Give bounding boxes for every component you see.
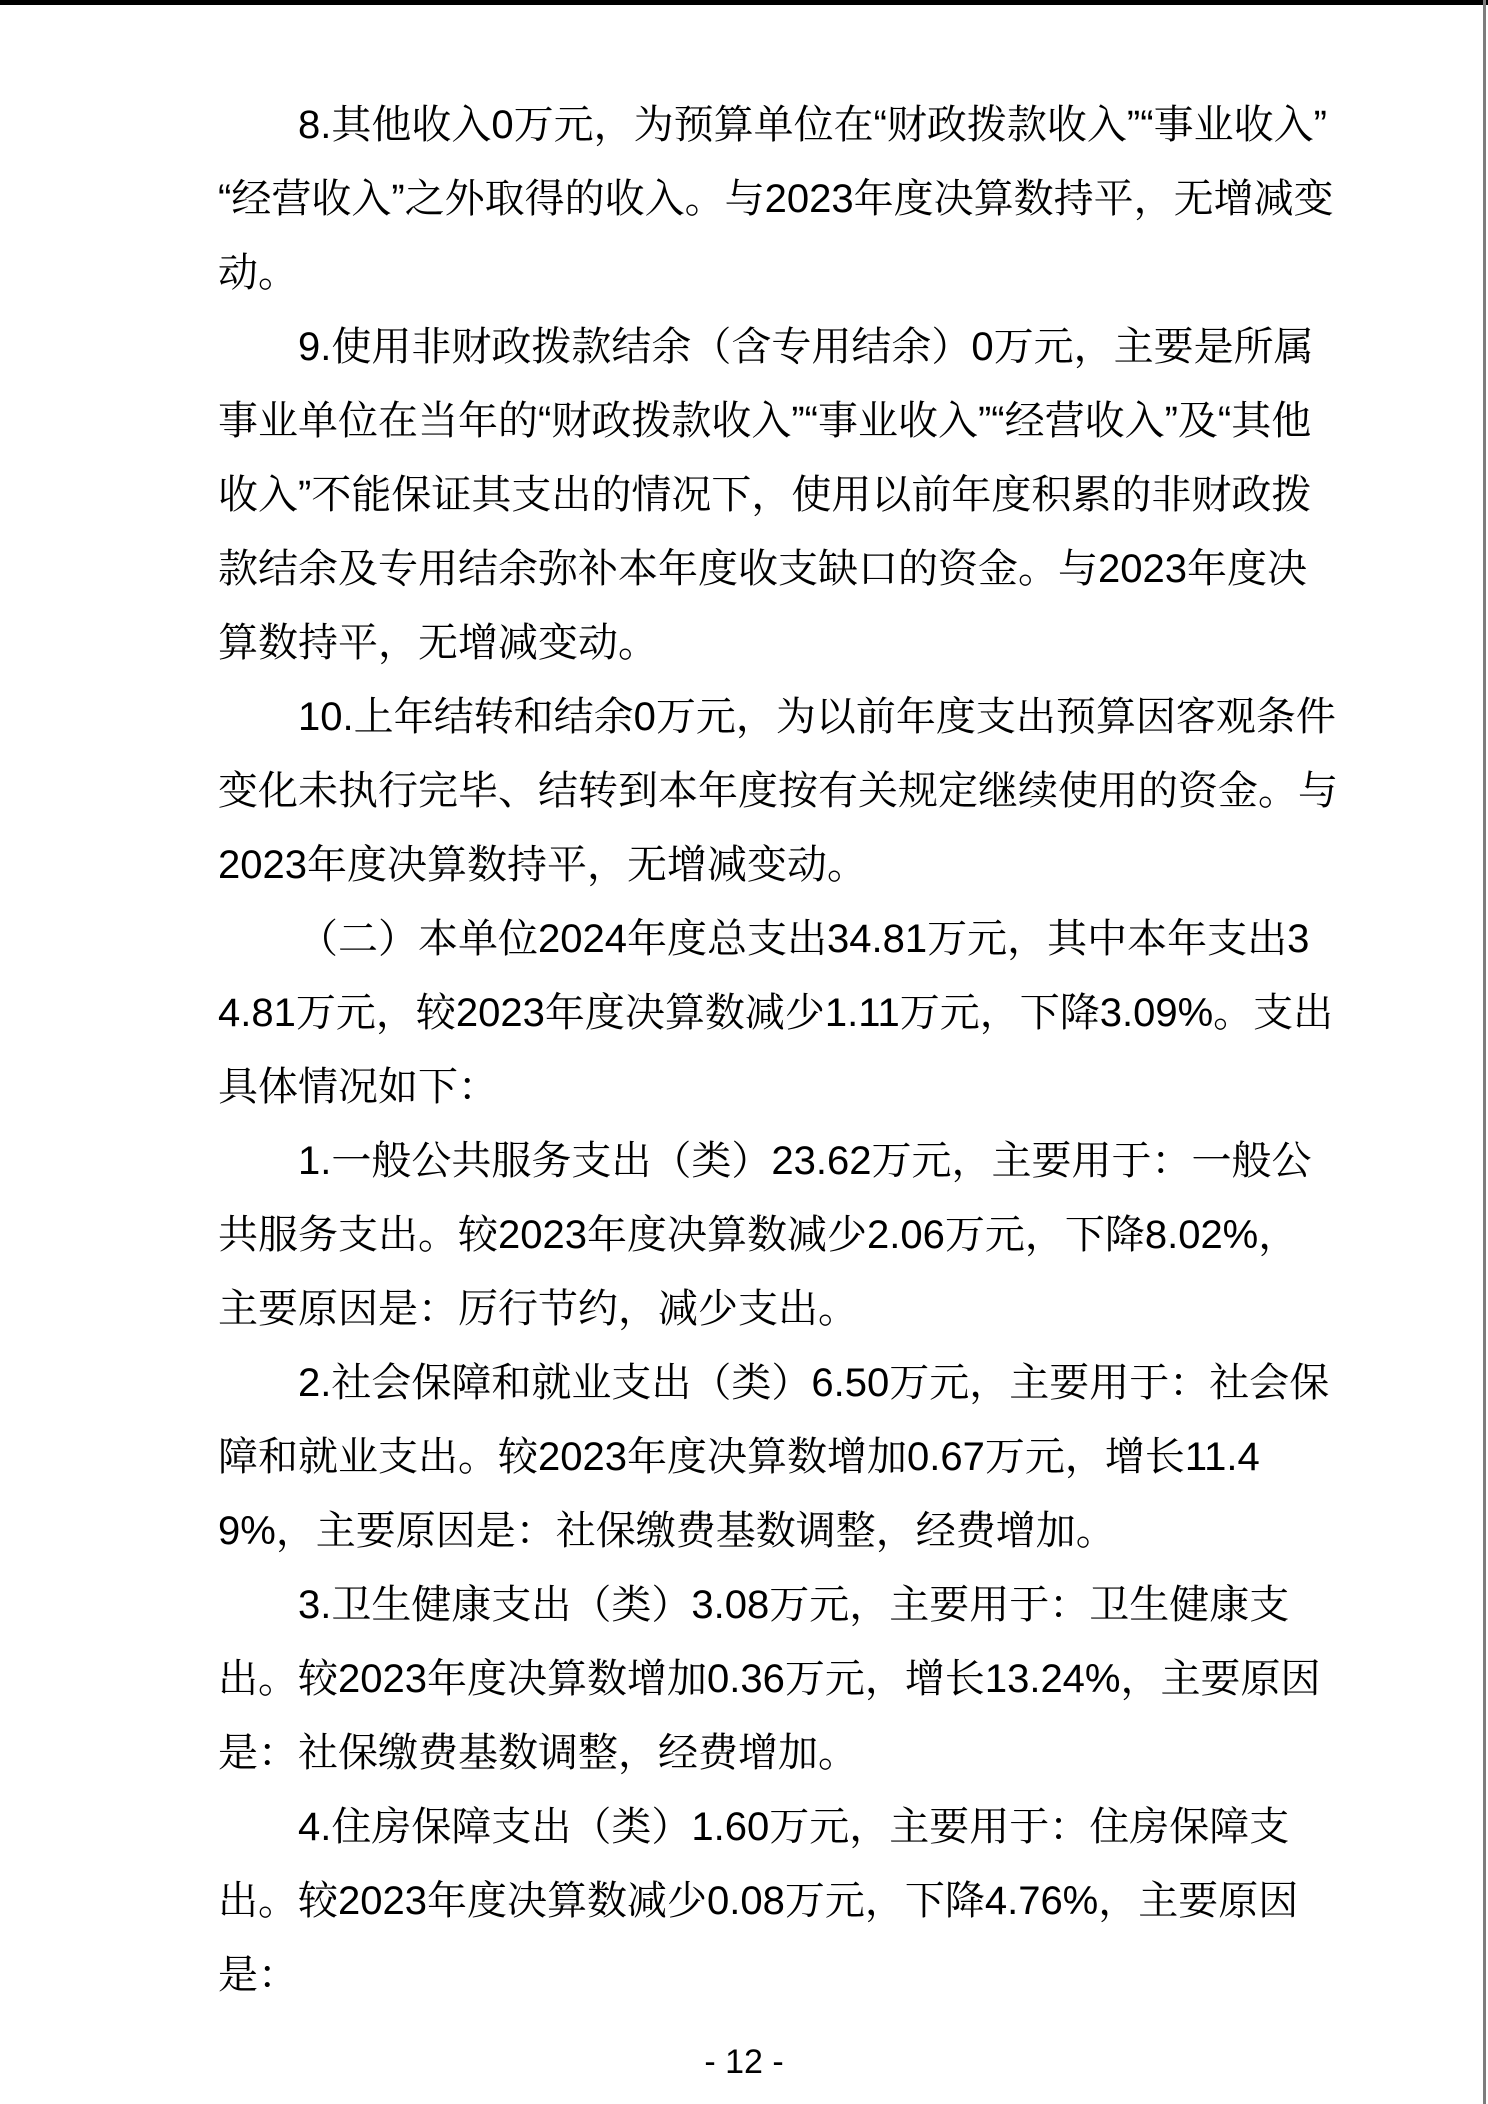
paragraph: 4.住房保障支出（类）1.60万元，主要用于：住房保障支出。较2023年度决算数… [218,1790,1338,2012]
scan-top-edge-line [0,0,1488,5]
paragraph: 1.一般公共服务支出（类）23.62万元，主要用于：一般公共服务支出。较2023… [218,1124,1338,1346]
paragraph: 10.上年结转和结余0万元，为以前年度支出预算因客观条件变化未执行完毕、结转到本… [218,680,1338,902]
paragraph: 3.卫生健康支出（类）3.08万元，主要用于：卫生健康支出。较2023年度决算数… [218,1568,1338,1790]
page-footer: - 12 - [0,2038,1488,2086]
paragraph: 9.使用非财政拨款结余（含专用结余）0万元，主要是所属事业单位在当年的“财政拨款… [218,310,1338,680]
paragraph: 8.其他收入0万元，为预算单位在“财政拨款收入”“事业收入”“经营收入”之外取得… [218,88,1338,310]
scan-right-edge-line [1483,0,1486,2104]
document-page: 8.其他收入0万元，为预算单位在“财政拨款收入”“事业收入”“经营收入”之外取得… [0,0,1488,2104]
paragraph: （二）本单位2024年度总支出34.81万元，其中本年支出34.81万元，较20… [218,902,1338,1124]
paragraph: 2.社会保障和就业支出（类）6.50万元，主要用于：社会保障和就业支出。较202… [218,1346,1338,1568]
page-number: - 12 - [704,2043,783,2081]
page-content: 8.其他收入0万元，为预算单位在“财政拨款收入”“事业收入”“经营收入”之外取得… [218,88,1338,2012]
